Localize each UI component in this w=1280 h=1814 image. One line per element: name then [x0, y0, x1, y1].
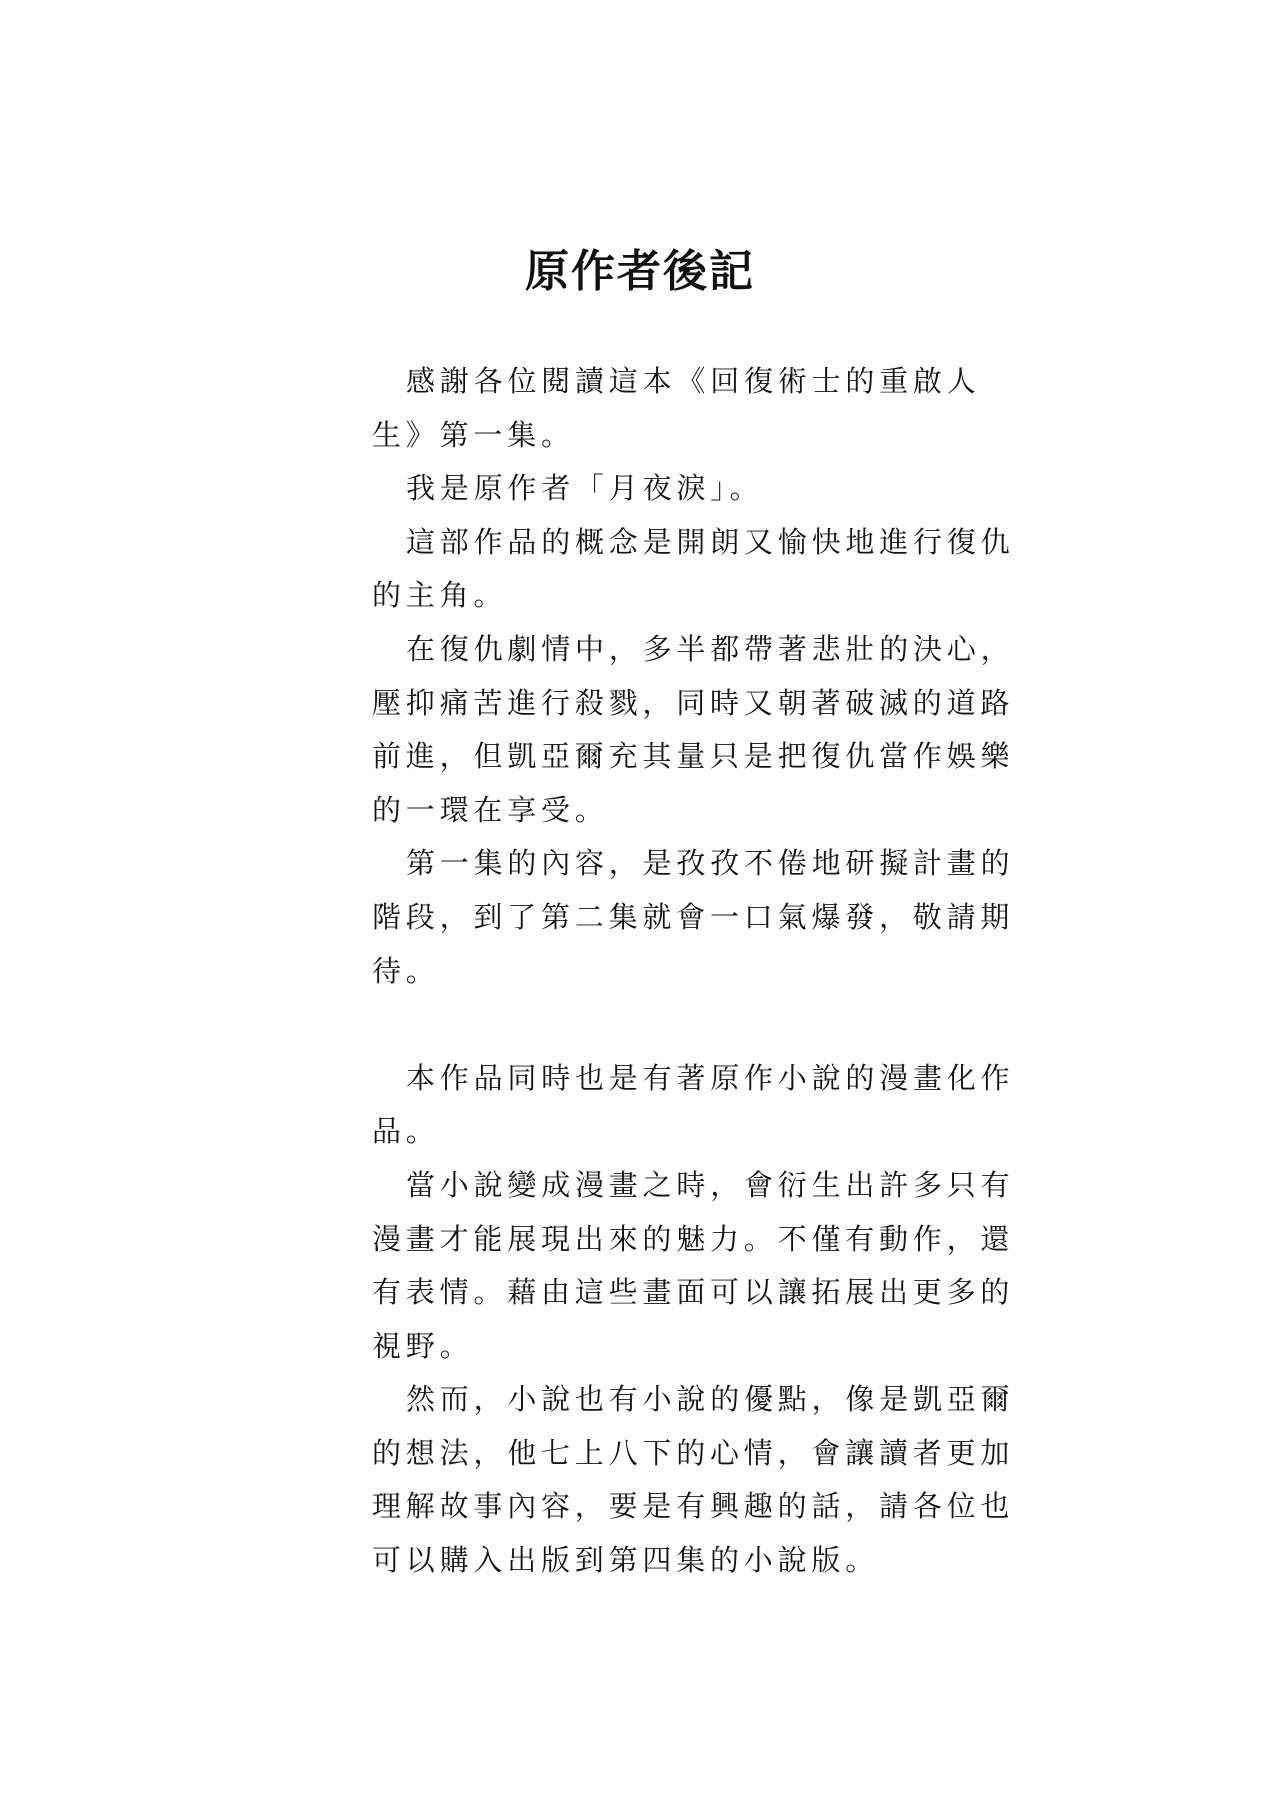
text-line: 漫畫才能展現出來的魅力。不僅有動作，還 — [372, 1213, 918, 1267]
text-line: 品。 — [372, 1105, 918, 1159]
text-line: 有表情。藉由這些畫面可以讓拓展出更多的 — [372, 1266, 918, 1320]
text-line: 理解故事內容，要是有興趣的話，請各位也 — [372, 1480, 918, 1534]
text-line: 感謝各位閱讀這本《回復術士的重啟人 — [372, 355, 918, 409]
page-title: 原作者後記 — [0, 244, 1280, 300]
text-line: 視野。 — [372, 1320, 918, 1374]
text-line: 這部作品的概念是開朗又愉快地進行復仇 — [372, 516, 918, 570]
text-line: 第一集的內容，是孜孜不倦地研擬計畫的 — [372, 837, 918, 891]
text-line: 階段，到了第二集就會一口氣爆發，敬請期 — [372, 891, 918, 945]
text-line: 壓抑痛苦進行殺戮，同時又朝著破滅的道路 — [372, 677, 918, 731]
text-line: 本作品同時也是有著原作小說的漫畫化作 — [372, 1052, 918, 1106]
text-line: 我是原作者「月夜淚」。 — [372, 462, 918, 516]
text-line: 的想法，他七上八下的心情，會讓讀者更加 — [372, 1427, 918, 1481]
text-line: 的一環在享受。 — [372, 784, 918, 838]
text-line: 可以購入出版到第四集的小說版。 — [372, 1534, 918, 1588]
section-spacer — [372, 998, 918, 1052]
text-line: 待。 — [372, 945, 918, 999]
paragraph-block-2: 本作品同時也是有著原作小說的漫畫化作 品。 當小說變成漫畫之時，會衍生出許多只有… — [372, 1052, 918, 1588]
afterword-page: 原作者後記 感謝各位閱讀這本《回復術士的重啟人 生》第一集。 我是原作者「月夜淚… — [0, 0, 1280, 1814]
text-line: 在復仇劇情中，多半都帶著悲壯的決心， — [372, 623, 918, 677]
text-line: 生》第一集。 — [372, 409, 918, 463]
afterword-body: 感謝各位閱讀這本《回復術士的重啟人 生》第一集。 我是原作者「月夜淚」。 這部作… — [372, 355, 918, 1588]
paragraph-block-1: 感謝各位閱讀這本《回復術士的重啟人 生》第一集。 我是原作者「月夜淚」。 這部作… — [372, 355, 918, 998]
text-line: 然而，小說也有小說的優點，像是凱亞爾 — [372, 1373, 918, 1427]
text-line: 當小說變成漫畫之時，會衍生出許多只有 — [372, 1159, 918, 1213]
text-line: 的主角。 — [372, 569, 918, 623]
text-line: 前進，但凱亞爾充其量只是把復仇當作娛樂 — [372, 730, 918, 784]
